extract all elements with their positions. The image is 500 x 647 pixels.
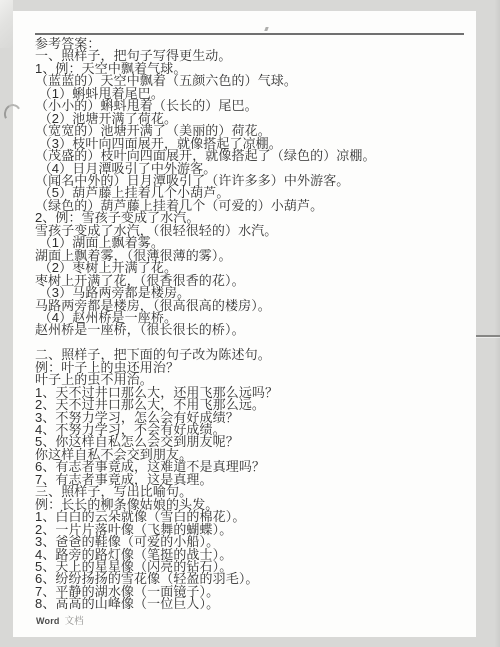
document-page: 参考答案：一、照样子，把句子写得更生动。1、例：天空中飘着气球。（蓝蓝的）天空中… (13, 11, 476, 637)
document-line: 赵州桥是一座桥，（很长很长的桥）。 (35, 324, 467, 336)
page-curl-mark (2, 102, 23, 125)
viewer-background: 参考答案：一、照样子，把句子写得更生动。1、例：天空中飘着气球。（蓝蓝的）天空中… (0, 0, 500, 647)
document-footer: Word 文档 (36, 613, 84, 627)
footer-doc-type-label: 文档 (65, 613, 84, 627)
header-rule (35, 33, 464, 35)
document-line: 8、高高的山峰像（一位巨人）。 (35, 598, 467, 610)
stray-mark (264, 27, 268, 31)
footer-app-label: Word (36, 616, 60, 626)
background-right-shade (494, 0, 500, 647)
page-break-indicator (476, 335, 500, 337)
document-body: 参考答案：一、照样子，把句子写得更生动。1、例：天空中飘着气球。（蓝蓝的）天空中… (35, 38, 467, 611)
background-corner-highlight (0, 0, 13, 48)
